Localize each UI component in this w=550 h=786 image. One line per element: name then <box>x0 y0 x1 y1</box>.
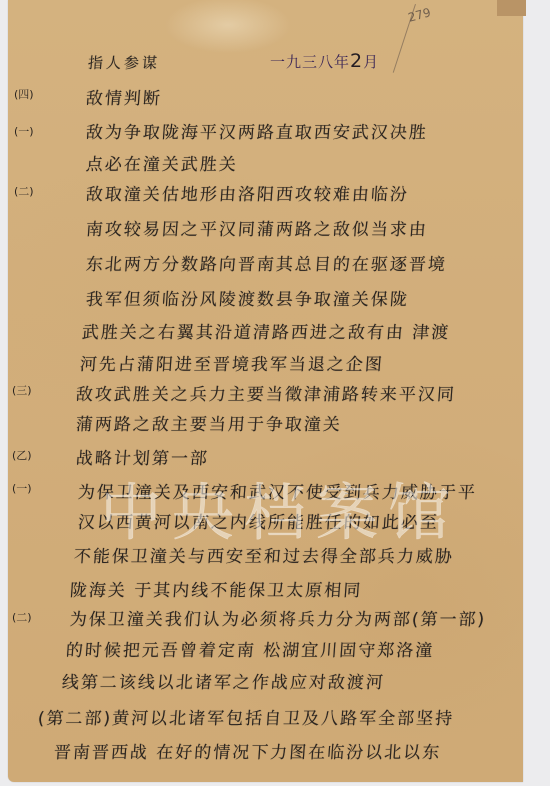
text-line: 蒲两路之敌主要当用于争取潼关 <box>75 410 343 435</box>
text-line: 线第二该线以北诸军之作战应对敌渡河 <box>61 668 386 693</box>
section-marker: (四) <box>14 86 34 102</box>
text-line: 为保卫潼关及西安和武汉不使受到兵力威胁于平 <box>77 478 478 503</box>
section-marker: (二) <box>12 609 32 625</box>
text-line: 陇海关 于其内线不能保卫太原相同 <box>69 576 363 601</box>
text-line: 东北两方分数路向晋南其总目的在驱逐晋境 <box>85 250 448 275</box>
section-marker: (一) <box>14 123 34 139</box>
date-prefix: 一九三八年 <box>270 53 350 71</box>
text-line: 敌情判断 <box>85 84 163 109</box>
text-line: 汉以西黄河以南之内线所能胜任的如此必至 <box>77 508 440 533</box>
text-line: 我军但须临汾风陵渡数县争取潼关保陇 <box>85 285 410 310</box>
text-line: 敌为争取陇海平汉两路直取西安武汉决胜 <box>85 118 429 143</box>
paper-tab-strip <box>497 0 526 16</box>
section-marker: (三) <box>12 382 32 398</box>
text-line: 敌取潼关估地形由洛阳西攻较难由临汾 <box>85 180 410 205</box>
text-line: 战略计划第一部 <box>75 444 210 469</box>
text-line: 敌攻武胜关之兵力主要当徵津浦路转来平汉同 <box>75 380 457 405</box>
scanned-document: 279 指人参谋 一九三八年2月 (四) (一) (二) (三) (乙) (一)… <box>0 0 550 786</box>
date-suffix: 月 <box>363 53 379 71</box>
text-line: 不能保卫潼关与西安至和过去得全部兵力威胁 <box>73 542 455 567</box>
text-line: 南攻较易因之平汉同蒲两路之敌似当求由 <box>85 215 429 240</box>
document-date: 一九三八年2月 <box>270 50 379 72</box>
text-line: 为保卫潼关我们认为必须将兵力分为两部(第一部) <box>69 605 487 630</box>
text-line: 河先占蒲阳进至晋境我军当退之企图 <box>79 350 385 375</box>
text-line: (第二部)黄河以北诸军包括自卫及八路军全部坚持 <box>37 704 455 729</box>
text-line: 晋南晋西战 在好的情况下力图在临汾以北以东 <box>53 738 442 763</box>
text-line: 点必在潼关武胜关 <box>85 150 239 175</box>
text-line: 的时候把元吾曾着定南 松湖宜川固守郑洛潼 <box>65 636 435 661</box>
document-title: 指人参谋 <box>87 52 160 73</box>
section-marker: (乙) <box>12 447 32 463</box>
section-marker: (一) <box>12 480 32 496</box>
text-line: 武胜关之右翼其沿道清路西进之敌有由 津渡 <box>81 318 451 343</box>
date-month-number: 2 <box>350 50 363 72</box>
section-marker: (二) <box>14 183 34 199</box>
